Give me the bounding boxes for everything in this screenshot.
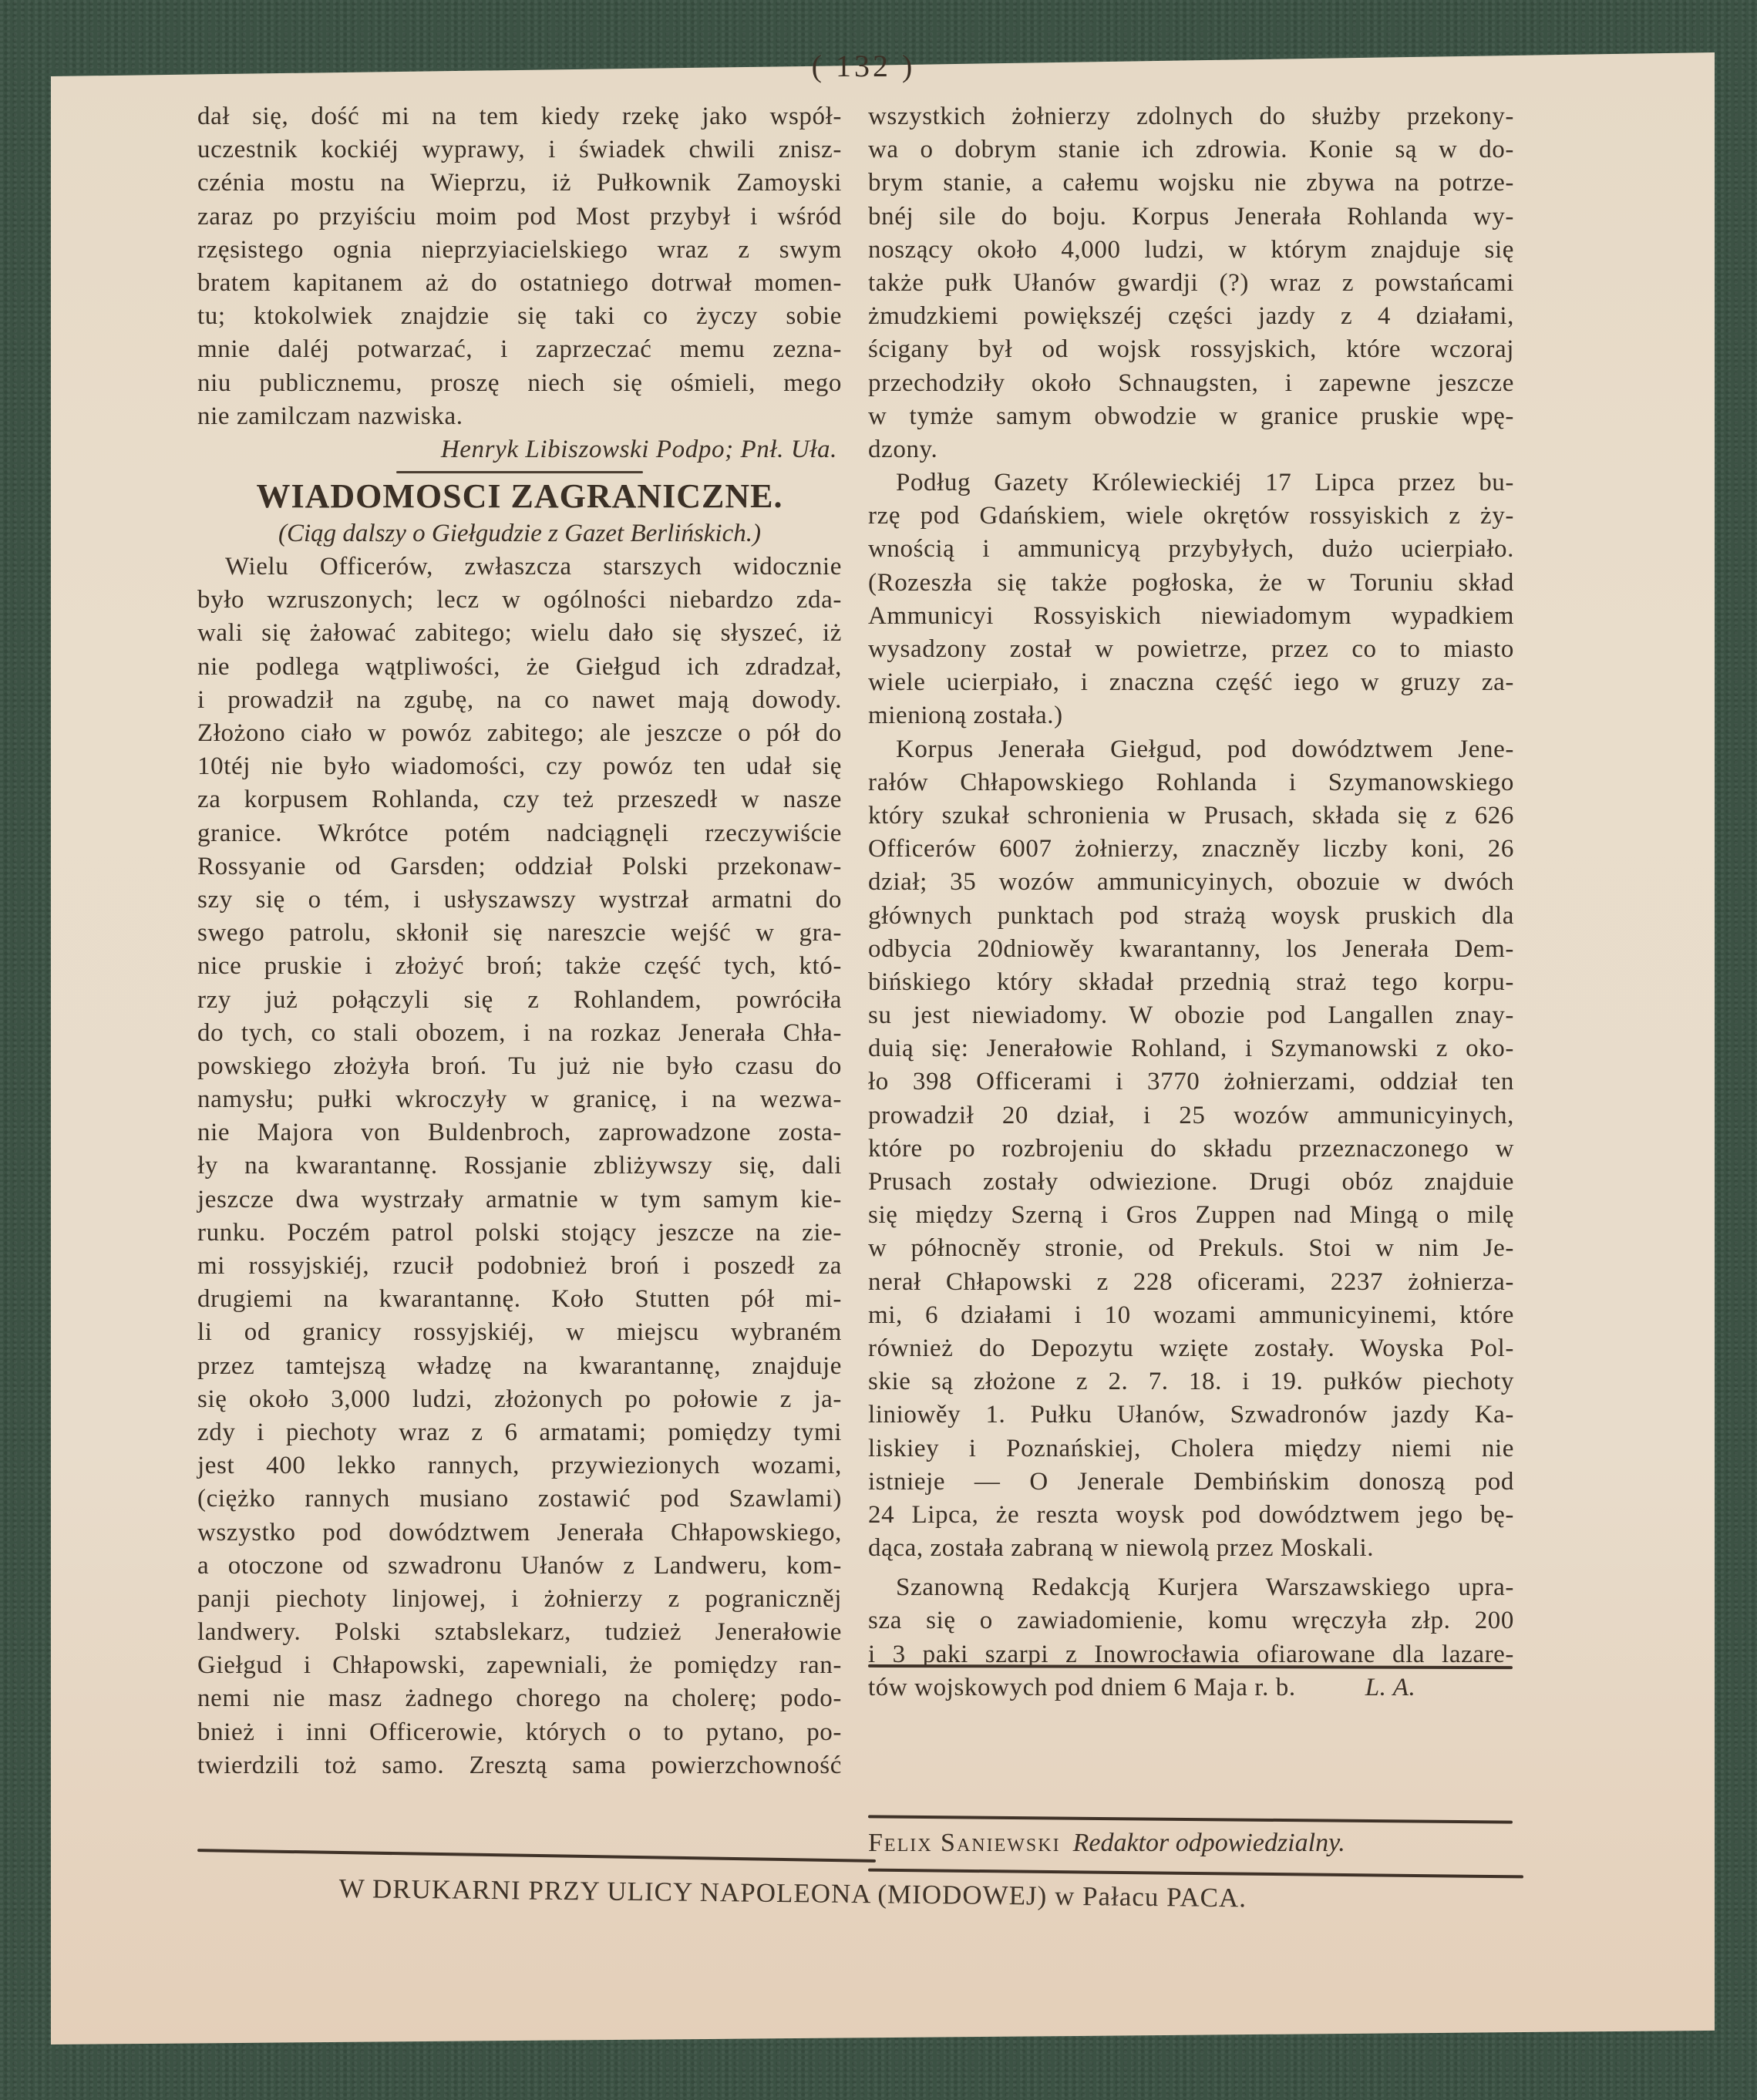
text-line: rzę pod Gdańskiem, wiele okrętów rossyis… <box>868 500 1514 533</box>
page-number: ( 132 ) <box>786 48 941 84</box>
text-line: zdy i piechoty wraz z 6 armatami; pomięd… <box>197 1416 842 1449</box>
text-line: przez tamtejszą władzę na kwarantannę, z… <box>197 1350 842 1383</box>
text-line: Officerów 6007 żołnierzy, znaczněy liczb… <box>868 833 1514 866</box>
paragraph-korpus-gielgud: Korpus Jenerała Giełgud, pod dowództwem … <box>868 733 1514 1566</box>
text-line: brym stanie, a całemu wojsku nie zbywa n… <box>868 167 1514 200</box>
text-line: dąca, została zabraną w niewolą przez Mo… <box>868 1532 1514 1565</box>
text-line: jeszcze dwa wystrzały armatnie w tym sam… <box>197 1183 842 1217</box>
text-line: dział; 35 wozów ammunicyinych, obozuie w… <box>868 866 1514 899</box>
letter-signature: Henryk Libiszowski Podpo; Pnł. Uła. <box>197 433 842 466</box>
text-line: wali się żałować zabitego; wielu dało si… <box>197 617 842 650</box>
text-line: jest 400 lekko rannych, przywiezionych w… <box>197 1449 842 1482</box>
text-line: nie zamilczam nazwiska. <box>197 400 842 433</box>
text-line: bratem kapitanem aż do ostatniego dotrwa… <box>197 267 842 300</box>
text-line: drugiemi na kwarantannę. Koło Stutten pó… <box>197 1283 842 1316</box>
text-line: mnie daléj potwarzać, i zaprzeczać memu … <box>197 333 842 366</box>
text-line: swego patrolu, skłonił się nareszcie wej… <box>197 917 842 950</box>
text-line: ścigany był od wojsk rossyjskich, które … <box>868 333 1514 366</box>
text-line: nice pruskie i złożyć broń; także część … <box>197 950 842 983</box>
text-line: namysłu; pułki wkroczyły w granicę, i na… <box>197 1083 842 1116</box>
text-line: bnéj sile do boju. Korpus Jenerała Rohla… <box>868 200 1514 234</box>
text-line: panji piechoty linjowej, i żołnierzy z p… <box>197 1583 842 1616</box>
text-line: także pułk Ułanów gwardji (?) wraz z pow… <box>868 267 1514 300</box>
text-line: prowadził 20 dział, i 25 wozów ammunicyi… <box>868 1099 1514 1132</box>
section-title: WIADOMOSCI ZAGRANICZNE. <box>197 476 842 517</box>
text-line: twierdzili toż samo. Zresztą sama powier… <box>197 1749 842 1782</box>
text-line: uczestnik kockiéj wyprawy, i świadek chw… <box>197 133 842 167</box>
text-line: dał się, dość mi na tem kiedy rzekę jako… <box>197 100 842 133</box>
text-line: odbycia 20dniowěy kwarantanny, los Jener… <box>868 933 1514 966</box>
editor-role: Redaktor odpowiedzialny. <box>1073 1829 1345 1857</box>
text-line: przechodziły około Schnaugsten, i zapewn… <box>868 367 1514 400</box>
notice-signature: L. A. <box>1365 1674 1416 1701</box>
text-line: tów wojskowych pod dniem 6 Maja r. b.L. … <box>868 1671 1514 1705</box>
text-line: Wielu Officerów, zwłaszcza starszych wid… <box>197 550 842 584</box>
right-column: wszystkich żołnierzy zdolnych do służby … <box>868 100 1514 1705</box>
text-line: szy się o tém, i usłyszawszy wystrzał ar… <box>197 883 842 917</box>
text-line: liskiey i Poznańskiej, Cholera między ni… <box>868 1432 1514 1466</box>
text-line: i prowadził na zgubę, na co nawet mają d… <box>197 684 842 717</box>
text-line: ło 398 Officerami i 3770 żołnierzami, od… <box>868 1065 1514 1099</box>
text-line: sza się o zawiadomienie, komu wręczyła z… <box>868 1604 1514 1637</box>
text-line: rzęsistego ognia nieprzyiacielskiego wra… <box>197 234 842 267</box>
text-line: 24 Lipca, że reszta woysk pod dowództwem… <box>868 1499 1514 1532</box>
text-line: do tych, co stali obozem, i na rozkaz Je… <box>197 1017 842 1050</box>
text-line: Rossyanie od Garsden; oddział Polski prz… <box>197 850 842 883</box>
paragraph-gazeta-krolewiecka: Podług Gazety Królewieckiéj 17 Lipca prz… <box>868 466 1514 733</box>
text-line: wnością i ammunicyą przybyłych, dużo uci… <box>868 533 1514 566</box>
text-line: wa o dobrym stanie ich zdrowia. Konie są… <box>868 133 1514 167</box>
text-line: które po rozbrojeniu do składu przeznacz… <box>868 1132 1514 1166</box>
text-line: duią się: Jenerałowie Rohland, i Szymano… <box>868 1032 1514 1065</box>
text-line: tu; ktokolwiek znajdzie się taki co życz… <box>197 300 842 333</box>
text-line: również do Depozytu wzięte zostały. Woys… <box>868 1332 1514 1365</box>
text-line: się około 3,000 ludzi, złożonych po poło… <box>197 1383 842 1416</box>
text-line: bińskiego który składał przednią straż t… <box>868 966 1514 999</box>
text-line: w tymże samym obwodzie w granice pruskie… <box>868 400 1514 433</box>
text-line: li od granicy rossyjskiéj, w miejscu wyb… <box>197 1316 842 1349</box>
text-line: było wzruszonych; lecz w ogólności nieba… <box>197 584 842 617</box>
text-line: dzony. <box>868 433 1514 466</box>
section-divider <box>396 471 643 473</box>
text-line: skie są złożone z 2. 7. 18. i 19. pułków… <box>868 1365 1514 1398</box>
text-line: wysadzony został w powietrze, przez co t… <box>868 633 1514 666</box>
text-line: który szukał schronienia w Prusach, skła… <box>868 799 1514 833</box>
text-line: runku. Poczém patrol polski stojący jesz… <box>197 1217 842 1250</box>
text-line: nerał Chłapowski z 228 oficerami, 2237 ż… <box>868 1266 1514 1299</box>
text-line: (ciężko rannych musiano zostawić pod Sza… <box>197 1482 842 1516</box>
text-line: a otoczone od szwadronu Ułanów z Landwer… <box>197 1550 842 1583</box>
text-line: zaraz po przyiściu moim pod Most przybył… <box>197 200 842 234</box>
text-line: (Rozeszła się także pogłoska, że w Torun… <box>868 567 1514 600</box>
notice-text: Szanowną Redakcją Kurjera Warszawskiego … <box>868 1571 1514 1705</box>
text-line: landwery. Polski sztabslekarz, tudzież J… <box>197 1616 842 1649</box>
text-line: rałów Chłapowskiego Rohlanda i Szymanows… <box>868 766 1514 799</box>
text-line: ły na kwarantannę. Rossjanie zbliżywszy … <box>197 1149 842 1183</box>
text-line: noszący około 4,000 ludzi, w którym znaj… <box>868 234 1514 267</box>
text-line: Szanowną Redakcją Kurjera Warszawskiego … <box>868 1571 1514 1604</box>
text-line: Korpus Jenerała Giełgud, pod dowództwem … <box>868 733 1514 766</box>
text-line: niu publicznemu, proszę niech się ośmiel… <box>197 367 842 400</box>
text-line: bnież i inni Officerowie, których o to p… <box>197 1716 842 1749</box>
article-continuation: wszystkich żołnierzy zdolnych do służby … <box>868 100 1514 466</box>
text-line: Giełgud i Chłapowski, zapewniali, że pom… <box>197 1649 842 1682</box>
text-line: się między Szerną i Gros Zuppen nad Ming… <box>868 1199 1514 1232</box>
text-line: nie podlega wątpliwości, że Giełgud ich … <box>197 651 842 684</box>
text-line: w północněy stronie, od Prekuls. Stoi w … <box>868 1232 1514 1265</box>
text-line: granice. Wkrótce potém nadciągnęli rzecz… <box>197 817 842 850</box>
letter-text: dał się, dość mi na tem kiedy rzekę jako… <box>197 100 842 433</box>
text-line: Złożono ciało w powóz zabitego; ale jesz… <box>197 717 842 750</box>
text-line: wszystko pod dowództwem Jenerała Chłapow… <box>197 1516 842 1550</box>
editor-name: Felix Saniewski <box>868 1829 1061 1857</box>
text-line: nie Majora von Buldenbroch, zaprowadzone… <box>197 1116 842 1149</box>
text-line: liniowěy 1. Pułku Ułanów, Szwadronów jaz… <box>868 1398 1514 1432</box>
text-line: za korpusem Rohlanda, czy też przeszedł … <box>197 783 842 816</box>
text-line: Prusach zostały odwiezione. Drugi obóz z… <box>868 1166 1514 1199</box>
text-line: czénia mostu na Wieprzu, iż Pułkownik Za… <box>197 167 842 200</box>
section-subtitle: (Ciąg dalszy o Giełgudzie z Gazet Berliń… <box>197 517 842 550</box>
text-line: powskiego złożyła broń. Tu już nie było … <box>197 1050 842 1083</box>
text-line: mi, 6 działami i 10 wozami ammunicyinemi… <box>868 1299 1514 1332</box>
text-line: wiele ucierpiało, i znaczna część iego w… <box>868 666 1514 699</box>
text-line: mienioną została.) <box>868 699 1514 732</box>
text-line: głównych punktach pod strażą woysk prusk… <box>868 900 1514 933</box>
text-line: rzy już połączyli się z Rohlandem, powró… <box>197 984 842 1017</box>
left-column: dał się, dość mi na tem kiedy rzekę jako… <box>197 100 842 1782</box>
text-line: istnieje — O Jenerale Dembińskim donoszą… <box>868 1466 1514 1499</box>
text-line: mi rossyjskiéj, rzucił podobnież broń i … <box>197 1250 842 1283</box>
text-line: nemi nie masz żadnego chorego na cholerę… <box>197 1682 842 1715</box>
text-line: żmudzkiemi powiększéj części jazdy z 4 d… <box>868 300 1514 333</box>
text-line: Podług Gazety Królewieckiéj 17 Lipca prz… <box>868 466 1514 500</box>
text-line: 10téj nie było wiadomości, czy powóz ten… <box>197 750 842 783</box>
text-line: wszystkich żołnierzy zdolnych do służby … <box>868 100 1514 133</box>
text-line: su jest niewiadomy. W obozie pod Langall… <box>868 999 1514 1032</box>
article-text: Wielu Officerów, zwłaszcza starszych wid… <box>197 550 842 1782</box>
text-line: Ammunicyi Rossyiskich niewiadomym wypadk… <box>868 600 1514 633</box>
editor-line: Felix SaniewskiRedaktor odpowiedzialny. <box>868 1826 1514 1861</box>
